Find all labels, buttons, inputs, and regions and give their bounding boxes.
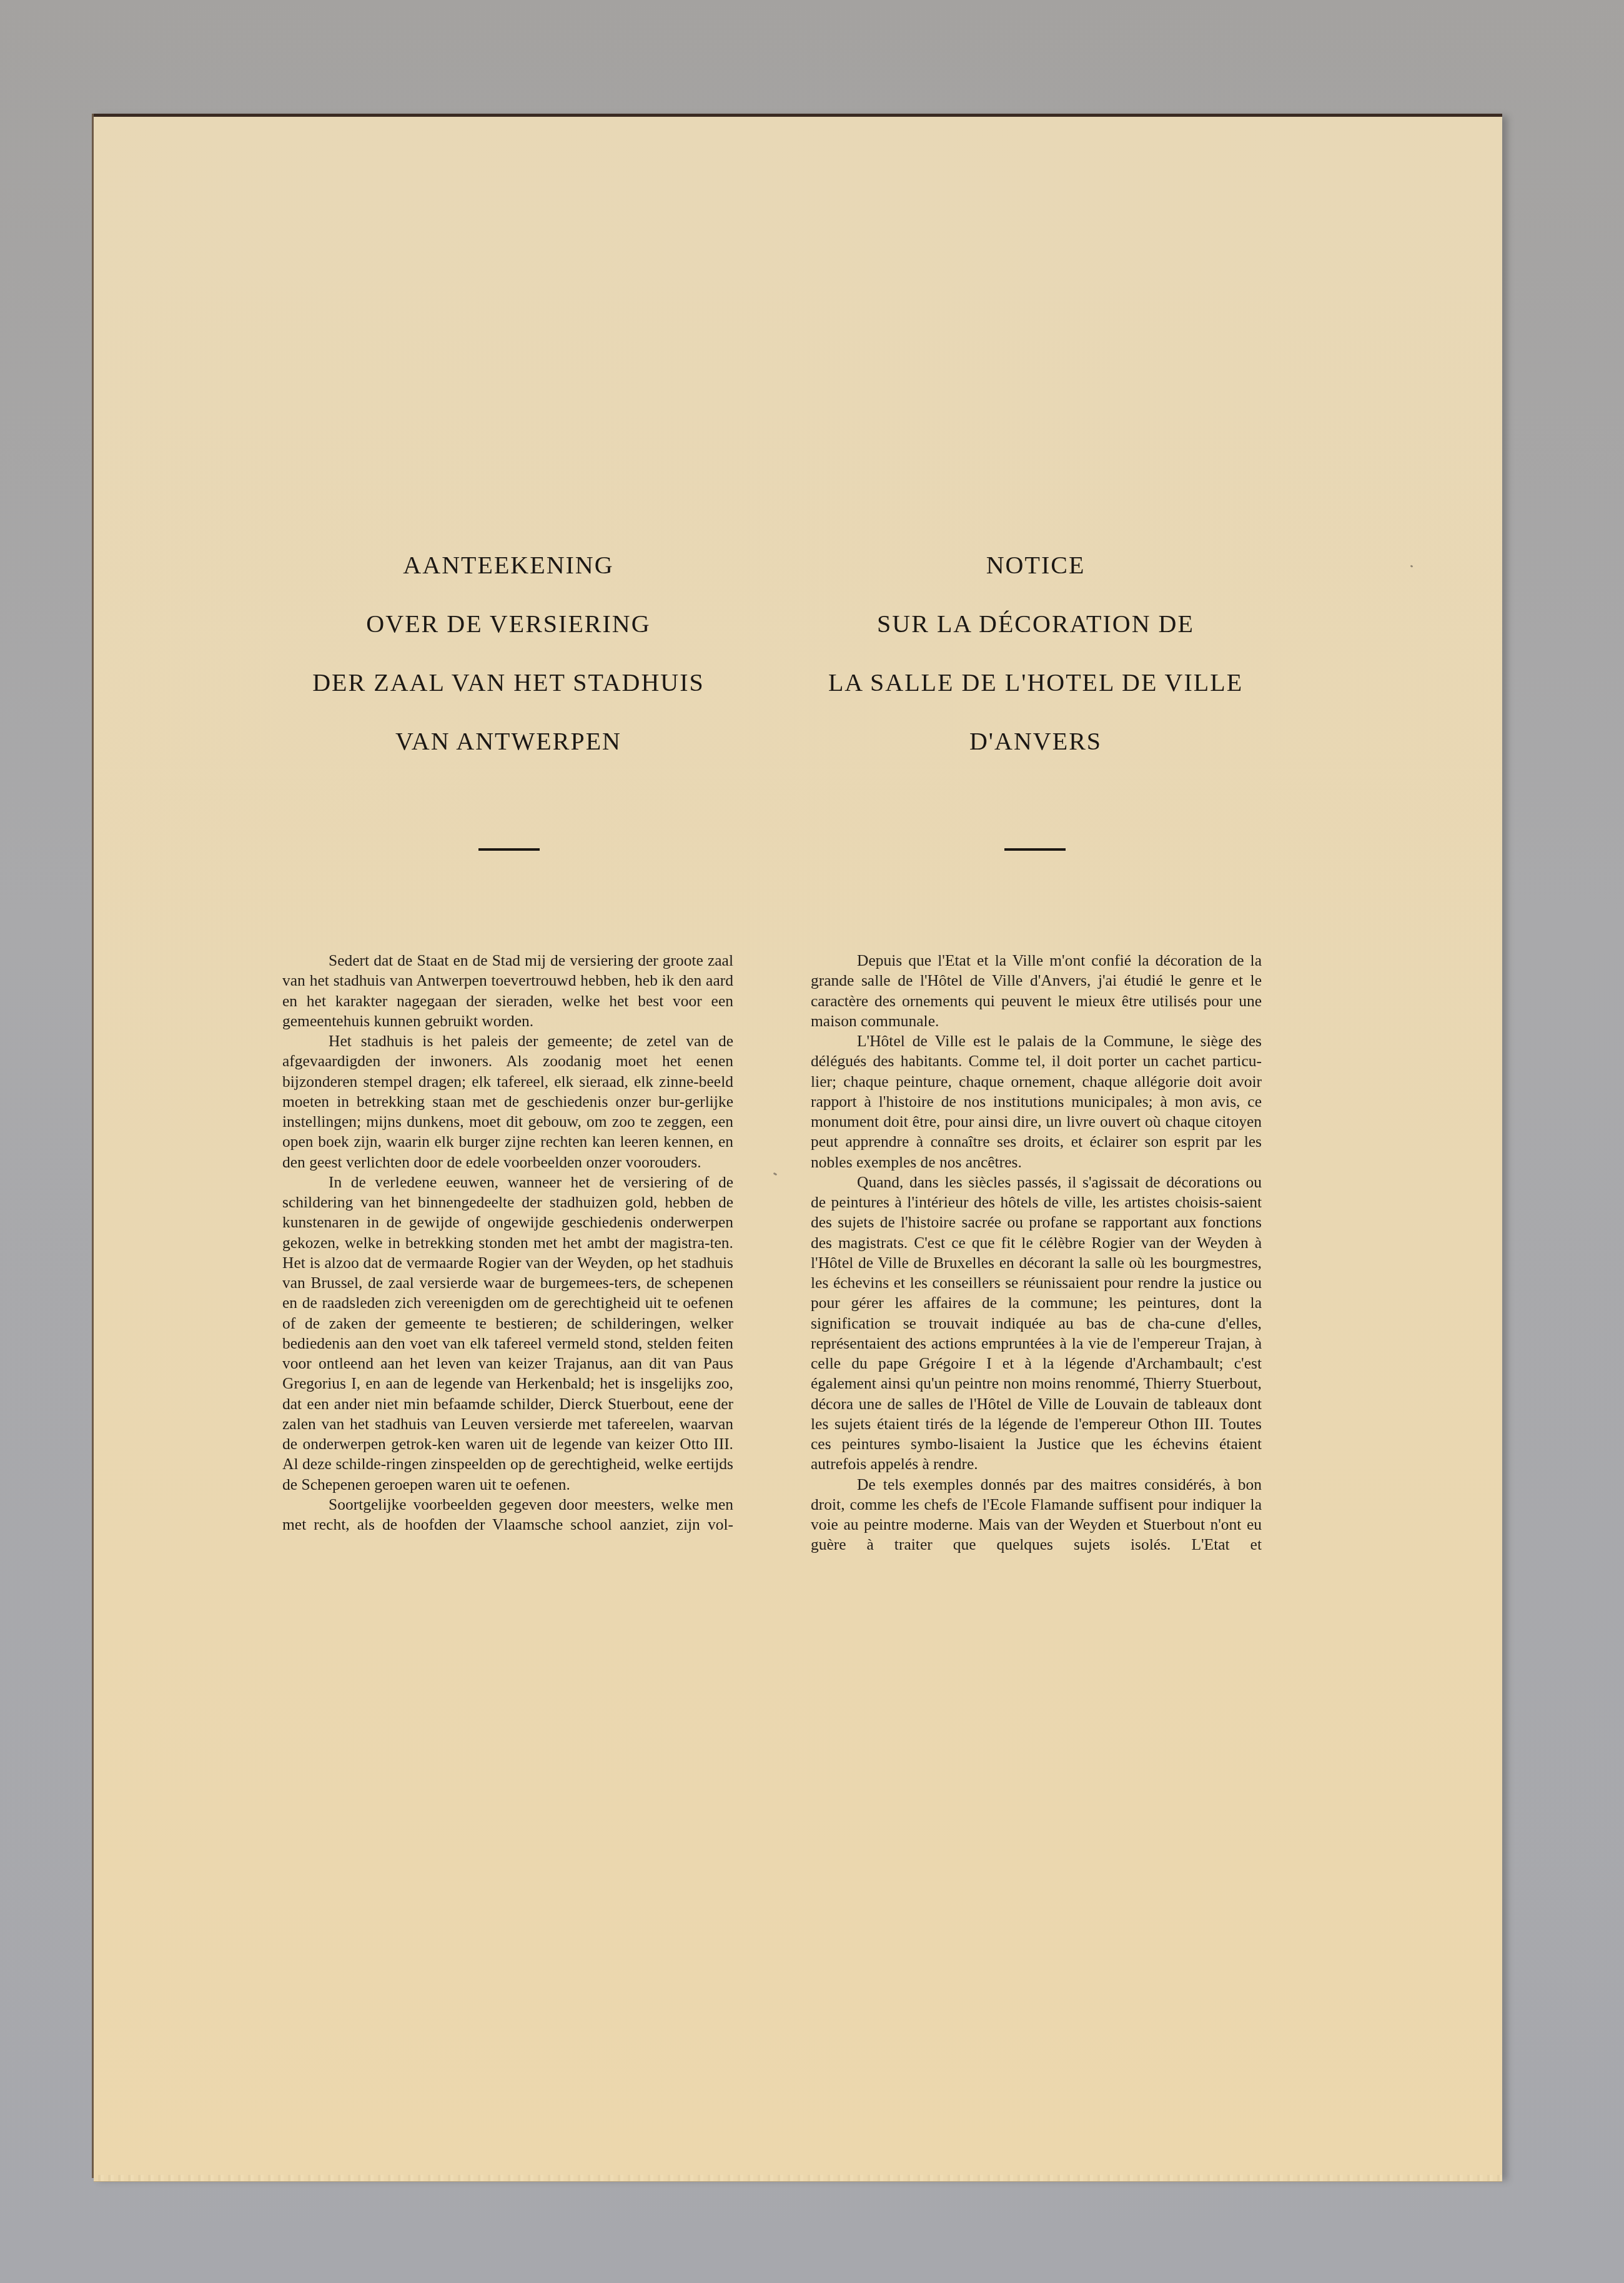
french-heading-line: D'ANVERS bbox=[810, 712, 1262, 771]
french-paragraph: Quand, dans les siècles passés, il s'agi… bbox=[811, 1172, 1262, 1475]
french-heading-line: NOTICE bbox=[810, 536, 1262, 595]
dutch-separator-rule bbox=[478, 848, 540, 851]
dutch-paragraph: Soortgelijke voorbeelden gegeven door me… bbox=[282, 1495, 733, 1535]
dutch-heading-line: AANTEEKENING bbox=[282, 536, 735, 595]
dutch-heading-line: DER ZAAL VAN HET STADHUIS bbox=[282, 653, 735, 712]
dutch-heading-line: VAN ANTWERPEN bbox=[282, 712, 735, 771]
french-heading-line: LA SALLE DE L'HOTEL DE VILLE bbox=[810, 653, 1262, 712]
dutch-body-text: Sedert dat de Staat en de Stad mij de ve… bbox=[282, 951, 733, 1535]
dutch-paragraph: Sedert dat de Staat en de Stad mij de ve… bbox=[282, 951, 733, 1031]
french-paragraph: De tels exemples donnés par des maitres … bbox=[811, 1475, 1262, 1555]
dutch-paragraph: In de verledene eeuwen, wanneer het de v… bbox=[282, 1172, 733, 1495]
french-paragraph: L'Hôtel de Ville est le palais de la Com… bbox=[811, 1031, 1262, 1172]
french-paragraph: Depuis que l'Etat et la Ville m'ont conf… bbox=[811, 951, 1262, 1031]
dutch-heading: AANTEEKENING OVER DE VERSIERING DER ZAAL… bbox=[282, 536, 735, 771]
dutch-paragraph: Het stadhuis is het paleis der gemeente;… bbox=[282, 1031, 733, 1172]
dutch-heading-line: OVER DE VERSIERING bbox=[282, 595, 735, 653]
french-heading: NOTICE SUR LA DÉCORATION DE LA SALLE DE … bbox=[810, 536, 1262, 771]
french-separator-rule bbox=[1004, 848, 1066, 851]
french-heading-line: SUR LA DÉCORATION DE bbox=[810, 595, 1262, 653]
french-body-text: Depuis que l'Etat et la Ville m'ont conf… bbox=[811, 951, 1262, 1555]
